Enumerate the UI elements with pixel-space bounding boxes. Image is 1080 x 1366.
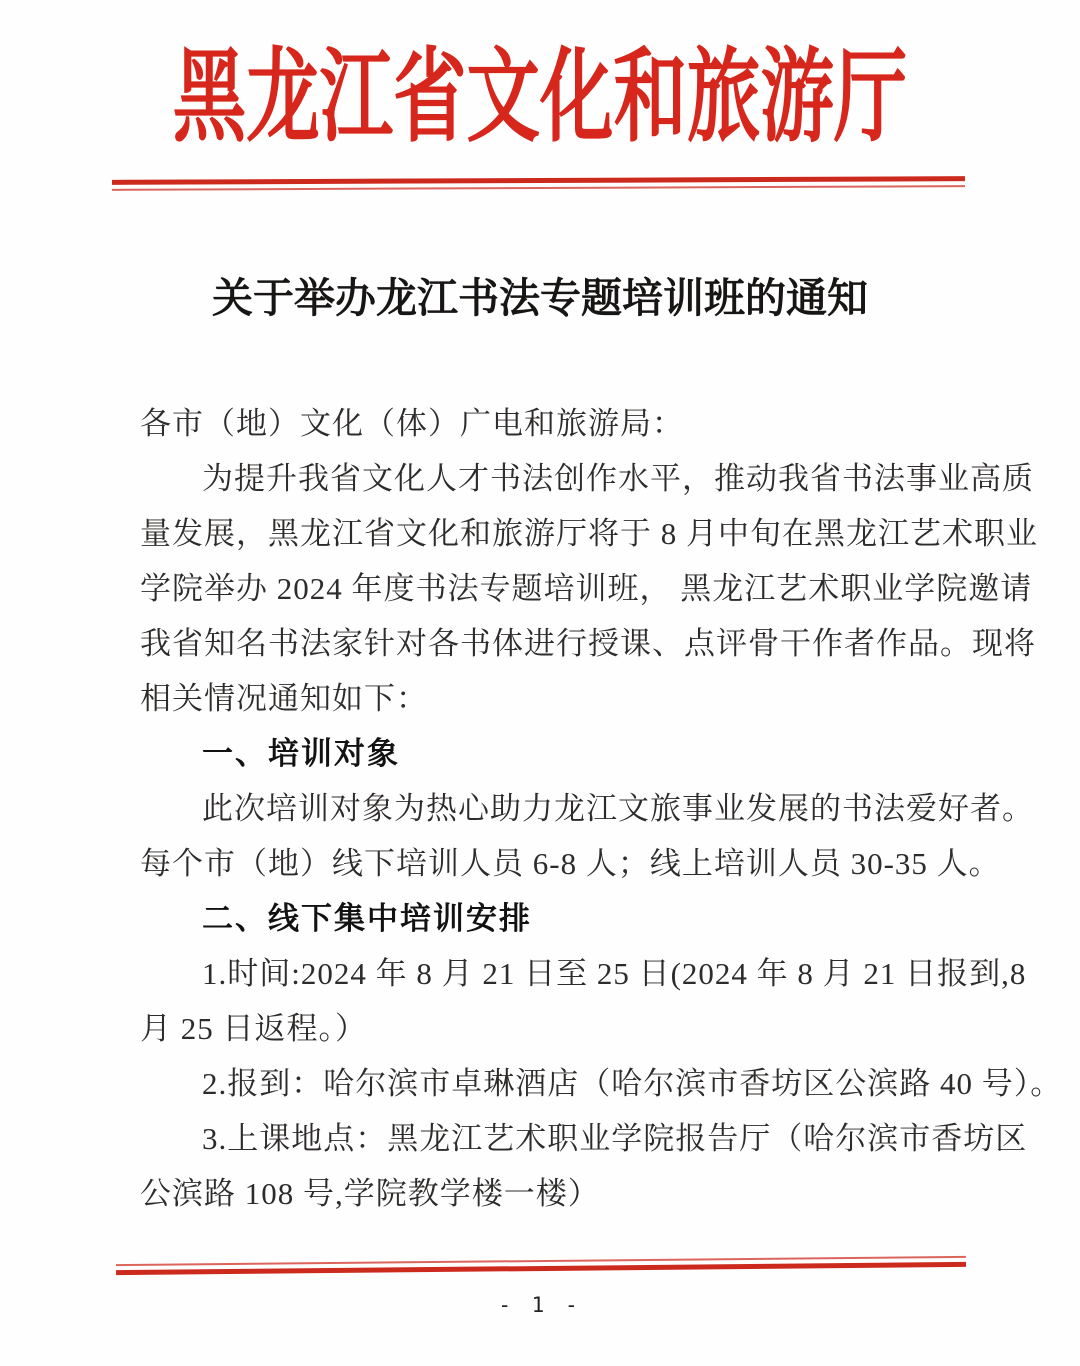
body-line: 各市（地）文化（体）广电和旅游局： [140,396,942,451]
body-line: 我省知名书法家针对各书体进行授课、点评骨干作者作品。现将 [140,616,942,671]
body-line: 公滨路 108 号,学院教学楼一楼） [140,1166,942,1221]
body-line: 3.上课地点：黑龙江艺术职业学院报告厅（哈尔滨市香坊区 [140,1111,942,1166]
body-line: 1.时间:2024 年 8 月 21 日至 25 日(2024 年 8 月 21… [140,946,942,1001]
letterhead: 黑龙江省文化和旅游厅 [0,44,1080,154]
bottom-double-rule [116,1256,966,1275]
page-number: - 1 - [0,1293,1080,1317]
body-line: 月 25 日返程。） [140,1001,942,1056]
letterhead-title: 黑龙江省文化和旅游厅 [173,44,907,154]
document-body: 各市（地）文化（体）广电和旅游局：为提升我省文化人才书法创作水平，推动我省书法事… [140,396,942,1221]
section-heading: 一、培训对象 [140,726,942,781]
body-line: 每个市（地）线下培训人员 6-8 人；线上培训人员 30-35 人。 [140,836,942,891]
body-line: 为提升我省文化人才书法创作水平，推动我省书法事业高质 [140,451,942,506]
body-line: 2.报到：哈尔滨市卓琳酒店（哈尔滨市香坊区公滨路 40 号）。 [140,1056,942,1111]
body-line: 此次培训对象为热心助力龙江文旅事业发展的书法爱好者。 [140,781,942,836]
top-double-rule [112,176,965,191]
body-line: 学院举办 2024 年度书法专题培训班， 黑龙江艺术职业学院邀请 [140,561,942,616]
scanned-notice-page: 黑龙江省文化和旅游厅 关于举办龙江书法专题培训班的通知 各市（地）文化（体）广电… [0,0,1080,1366]
section-heading: 二、线下集中培训安排 [140,891,942,946]
body-line: 相关情况通知如下： [140,671,942,726]
document-title: 关于举办龙江书法专题培训班的通知 [0,272,1080,324]
body-line: 量发展，黑龙江省文化和旅游厅将于 8 月中旬在黑龙江艺术职业 [140,506,942,561]
